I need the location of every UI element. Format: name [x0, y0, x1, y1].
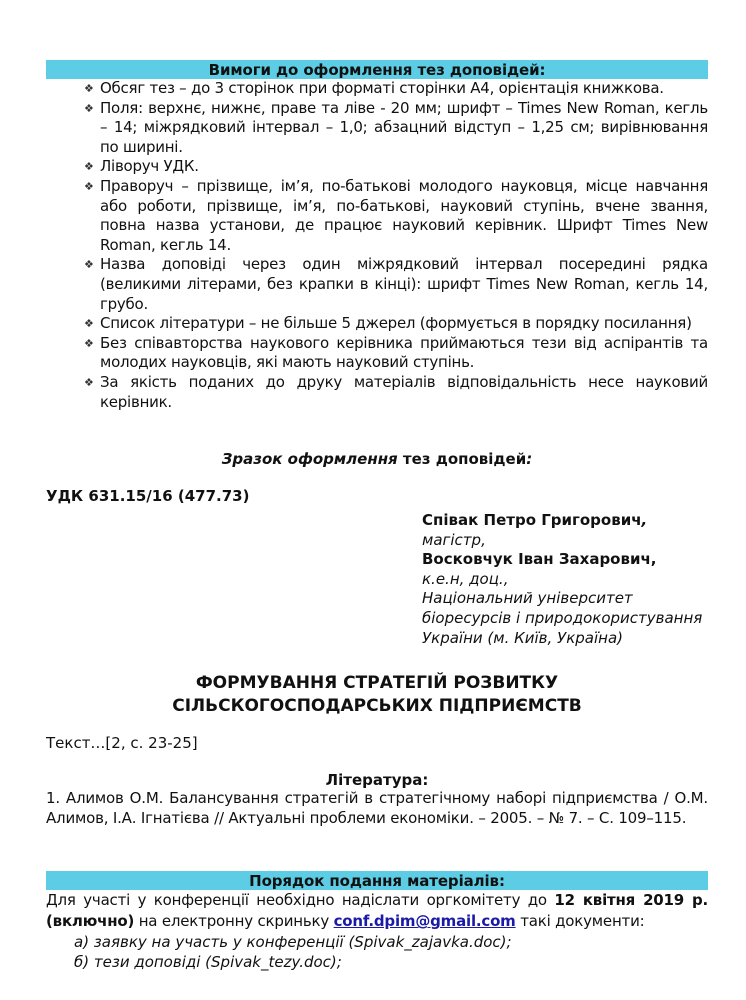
requirement-item: ❖Назва доповіді через один міжрядковий і…	[84, 255, 708, 314]
affiliation-line: України (м. Київ, Україна)	[422, 629, 708, 649]
document-page: Вимоги до оформлення тез доповідей: ❖Обс…	[46, 60, 708, 972]
requirement-item: ❖Праворуч – прізвище, ім’я, по-батькові …	[84, 177, 708, 255]
authors-block: Співак Петро Григорович, магістр, Восков…	[422, 511, 708, 648]
bullet-diamond-icon: ❖	[84, 79, 94, 99]
author-1: Співак Петро Григорович,	[422, 511, 708, 531]
submission-heading: Порядок подання матеріалів:	[46, 871, 708, 890]
body-text: Текст…[2, с. 23-25]	[46, 734, 708, 752]
bullet-diamond-icon: ❖	[84, 373, 94, 393]
sample-heading: Зразок оформлення тез доповідей:	[46, 450, 708, 468]
udk-code: УДК 631.15/16 (477.73)	[46, 487, 708, 505]
requirement-item: ❖Список літератури – не більше 5 джерел …	[84, 314, 708, 334]
affiliation-line: Національний університет	[422, 589, 708, 609]
bullet-diamond-icon: ❖	[84, 314, 94, 334]
bullet-diamond-icon: ❖	[84, 255, 94, 275]
requirement-item: ❖Ліворуч УДК.	[84, 157, 708, 177]
bullet-diamond-icon: ❖	[84, 157, 94, 177]
requirements-list: ❖Обсяг тез – до 3 сторінок при форматі с…	[46, 79, 708, 412]
submission-text: Для участі у конференції необхідно надіс…	[46, 890, 708, 932]
requirement-item: ❖Обсяг тез – до 3 сторінок при форматі с…	[84, 79, 708, 99]
literature-heading: Література:	[46, 771, 708, 789]
bullet-diamond-icon: ❖	[84, 177, 94, 197]
document-item: б) тези доповіді (Spivak_tezy.doc);	[74, 952, 708, 972]
author-2: Восковчук Іван Захарович,	[422, 550, 708, 570]
author-2-degree: к.е.н, доц.,	[422, 570, 708, 590]
requirement-item: ❖Без співавторства наукового керівника п…	[84, 334, 708, 373]
bullet-diamond-icon: ❖	[84, 334, 94, 354]
documents-list: а) заявку на участь у конференції (Spiva…	[46, 932, 708, 972]
affiliation-line: біоресурсів і природокористування	[422, 609, 708, 629]
email-link[interactable]: conf.dpim@gmail.com	[334, 912, 516, 930]
paper-title: ФОРМУВАННЯ СТРАТЕГІЙ РОЗВИТКУ СІЛЬСКОГОС…	[46, 672, 708, 718]
document-item: а) заявку на участь у конференції (Spiva…	[74, 932, 708, 952]
author-1-degree: магістр,	[422, 531, 708, 551]
bullet-diamond-icon: ❖	[84, 99, 94, 119]
literature-reference: 1. Алимов О.М. Балансування стратегій в …	[46, 789, 708, 828]
requirements-heading: Вимоги до оформлення тез доповідей:	[46, 60, 708, 79]
requirement-item: ❖За якість поданих до друку матеріалів в…	[84, 373, 708, 412]
requirement-item: ❖Поля: верхнє, нижнє, праве та ліве - 20…	[84, 99, 708, 158]
